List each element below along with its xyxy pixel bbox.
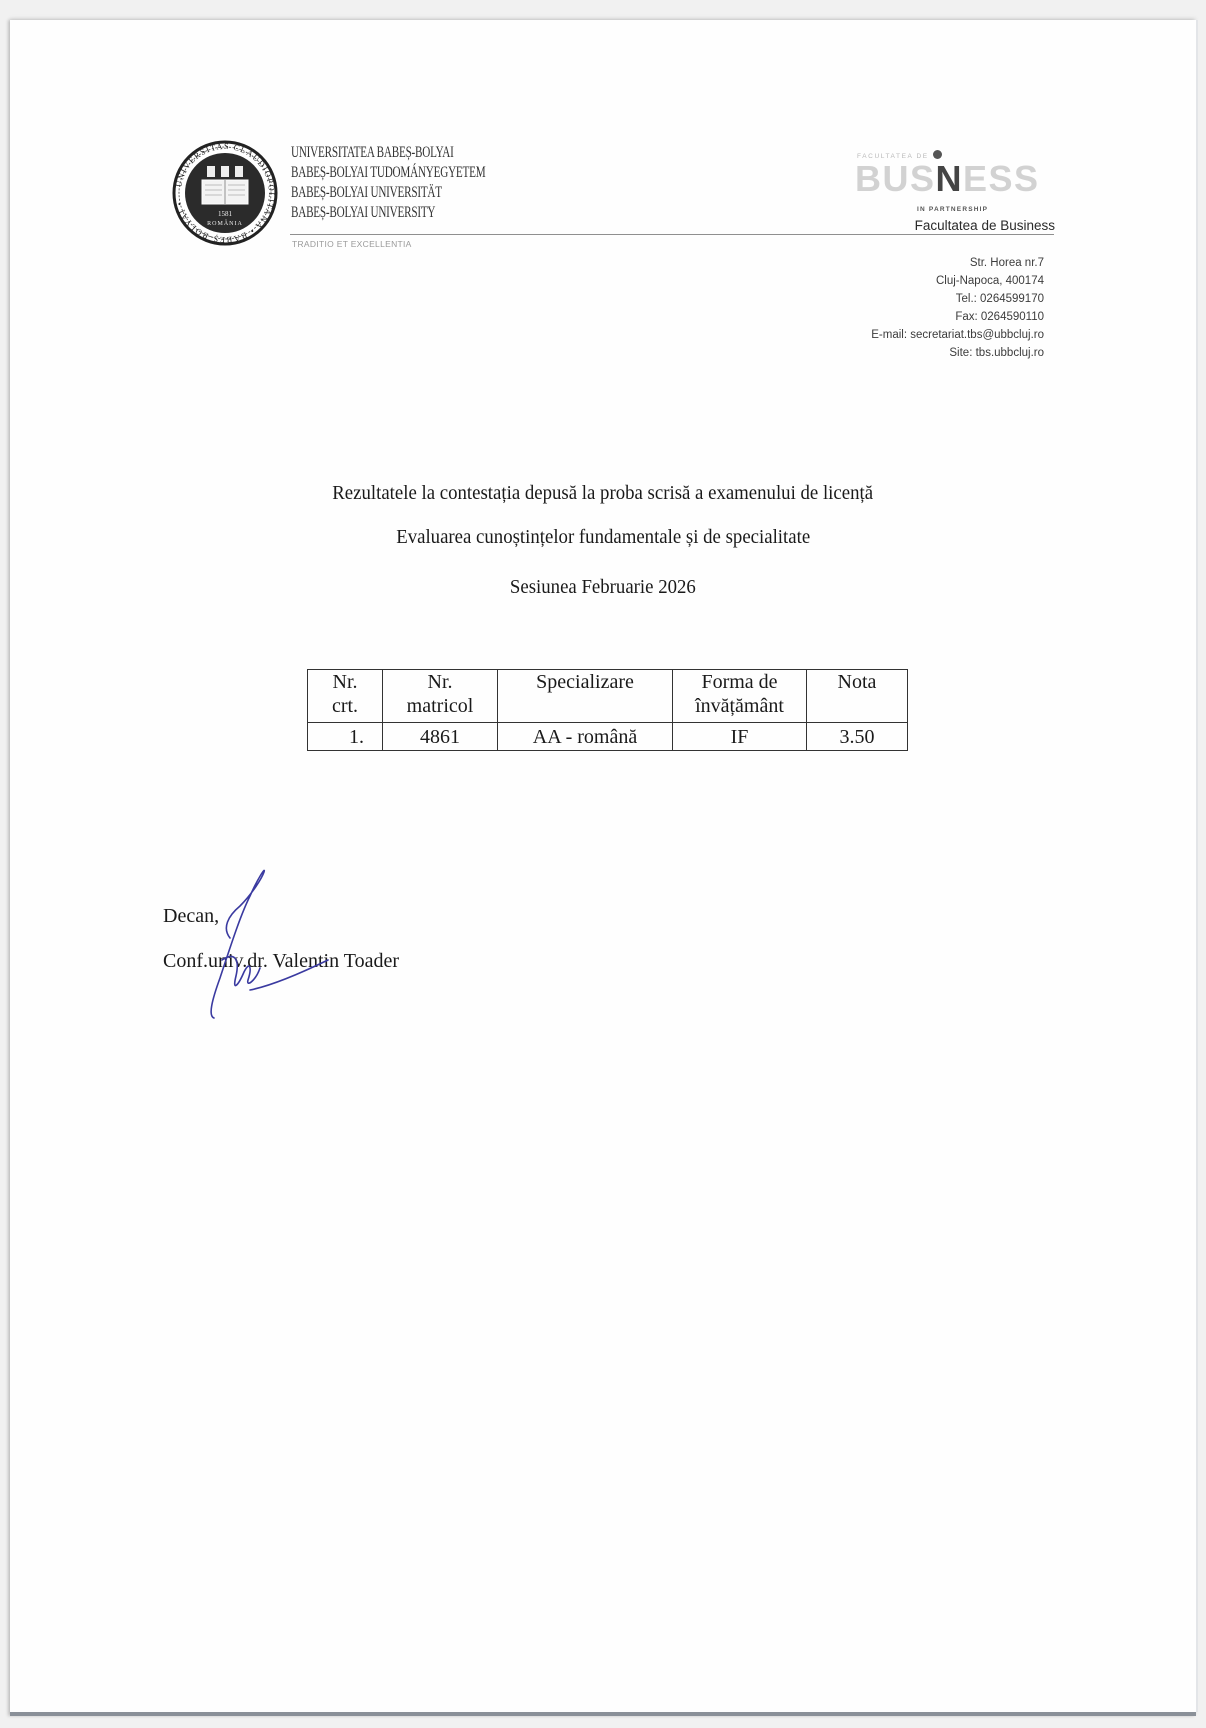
document-subtitle: Evaluarea cunoștințelor fundamentale și …	[0, 526, 1206, 549]
handwritten-signature	[200, 868, 350, 1023]
table-row: 1. 4861 AA - română IF 3.50	[308, 723, 908, 751]
header-specializare: Specializare	[498, 670, 673, 723]
contact-fax: Fax: 0264590110	[871, 308, 1044, 326]
faculty-name: Facultatea de Business	[915, 218, 1055, 233]
business-faculty-logo: FACULTATEA DE BUSNESS IN PARTNERSHIP Fac…	[855, 148, 1055, 228]
logo-wordmark: BUSNESS	[855, 158, 1040, 200]
header-forma-invatamant: Forma deînvățământ	[673, 670, 807, 723]
page-edge	[1196, 20, 1198, 1712]
cell-nota: 3.50	[807, 723, 908, 751]
cell-nr-crt: 1.	[308, 723, 383, 751]
document-title: Rezultatele la contestația depusă la pro…	[0, 482, 1206, 505]
university-name-hu: Babeș-Bolyai Tudományegyetem	[291, 163, 485, 183]
contact-block: Str. Horea nr.7 Cluj-Napoca, 400174 Tel.…	[871, 254, 1044, 362]
header-nr-crt: Nr.crt.	[308, 670, 383, 723]
header-divider	[290, 234, 1054, 235]
contact-address: Str. Horea nr.7	[871, 254, 1044, 272]
cell-nr-matricol: 4861	[383, 723, 498, 751]
university-motto: TRADITIO ET EXCELLENTIA	[292, 239, 412, 249]
university-name-en: Babeș-Bolyai University	[291, 203, 485, 223]
university-names: Universitatea Babeș-Bolyai Babeș-Bolyai …	[291, 143, 485, 223]
svg-text:ROMÂNIA: ROMÂNIA	[207, 219, 243, 227]
svg-text:1581: 1581	[218, 210, 233, 218]
cell-specializare: AA - română	[498, 723, 673, 751]
contact-email: E-mail: secretariat.tbs@ubbcluj.ro	[871, 326, 1044, 344]
logo-partner-text: IN PARTNERSHIP	[917, 206, 988, 213]
table-header-row: Nr.crt. Nr.matricol Specializare Forma d…	[308, 670, 908, 723]
contact-tel: Tel.: 0264599170	[871, 290, 1044, 308]
university-name-de: Babeș-Bolyai Universität	[291, 183, 485, 203]
results-table: Nr.crt. Nr.matricol Specializare Forma d…	[307, 669, 908, 751]
university-name-ro: Universitatea Babeș-Bolyai	[291, 143, 485, 163]
header-nota: Nota	[807, 670, 908, 723]
contact-site: Site: tbs.ubbcluj.ro	[871, 344, 1044, 362]
session-label: Sesiunea Februarie 2026	[0, 576, 1206, 599]
contact-city: Cluj-Napoca, 400174	[871, 272, 1044, 290]
university-seal-logo: UNIVERSITAS CLAUDIOPOLITANA • BABEȘ-BOLY…	[172, 140, 278, 246]
header-nr-matricol: Nr.matricol	[383, 670, 498, 723]
cell-forma-invatamant: IF	[673, 723, 807, 751]
